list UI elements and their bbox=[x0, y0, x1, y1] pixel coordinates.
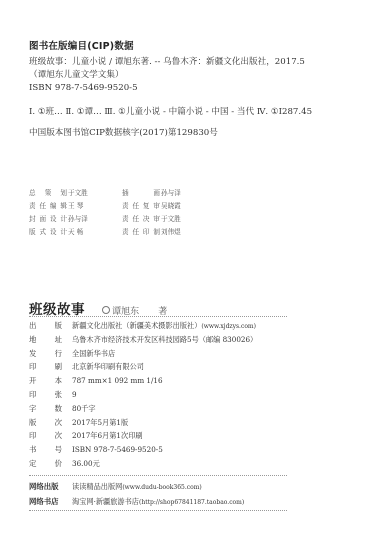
credit-role: 总策划 bbox=[29, 187, 67, 200]
credit-role: 封面设计 bbox=[29, 213, 67, 226]
cip-isbn: ISBN 978-7-5469-9520-5 bbox=[29, 82, 305, 95]
cip-line: 班级故事：儿童小说 / 谭旭东著. -- 乌鲁木齐：新疆文化出版社，2017.5 bbox=[29, 56, 305, 69]
cip-title: 图书在版编目(CIP)数据 bbox=[29, 38, 134, 52]
copyright-page: 图书在版编目(CIP)数据 班级故事：儿童小说 / 谭旭东著. -- 乌鲁木齐：… bbox=[0, 0, 375, 546]
info-value: 2017年6月第1次印刷 bbox=[72, 429, 143, 443]
cip-record-number: 中国版本图书馆CIP数据核字(2017)第129830号 bbox=[29, 126, 218, 138]
credit-name: 孙与泽 bbox=[68, 213, 88, 226]
info-label: 印刷 bbox=[29, 360, 62, 374]
credit-name: 王 琴 bbox=[68, 200, 83, 213]
info-value: 80千字 bbox=[72, 402, 96, 416]
online-url: (http://shop67841187.taobao.com) bbox=[139, 499, 244, 506]
online-label: 网络书店 bbox=[29, 494, 59, 509]
info-label: 开本 bbox=[29, 374, 62, 388]
dotted-divider bbox=[29, 510, 287, 511]
dotted-divider bbox=[29, 475, 287, 476]
info-value: 2017年5月第1版 bbox=[72, 416, 128, 430]
credit-name: 天 畅 bbox=[68, 226, 83, 239]
circle-bullet-icon bbox=[102, 306, 110, 314]
info-label: 书号 bbox=[29, 443, 62, 457]
credit-role: 版式设计 bbox=[29, 226, 67, 239]
info-value: 9 bbox=[72, 388, 77, 402]
credit-role: 责任编辑 bbox=[29, 200, 67, 213]
online-url: (www.dudu-book365.com) bbox=[122, 484, 201, 491]
info-label: 字数 bbox=[29, 402, 62, 416]
book-title-row: 班级故事 谭旭东 著 bbox=[29, 298, 167, 318]
info-label: 版次 bbox=[29, 416, 62, 430]
info-value: 36.00元 bbox=[72, 457, 100, 471]
credit-name: 刘伟煜 bbox=[161, 226, 181, 239]
info-label: 发行 bbox=[29, 347, 62, 361]
credit-name: 吴晓霞 bbox=[161, 200, 181, 213]
credit-name: 于文胜 bbox=[68, 187, 88, 200]
credit-name: 孙与泽 bbox=[161, 187, 181, 200]
cip-body: 班级故事：儿童小说 / 谭旭东著. -- 乌鲁木齐：新疆文化出版社，2017.5… bbox=[29, 56, 305, 95]
info-value: 787 mm×1 092 mm 1/16 bbox=[72, 374, 163, 388]
dotted-divider bbox=[29, 316, 287, 317]
online-value: 读读精品出版网(www.dudu-book365.com) bbox=[72, 479, 202, 495]
credit-role: 插画 bbox=[122, 187, 160, 200]
info-value: 北京新华印刷有限公司 bbox=[72, 360, 144, 374]
info-label: 印张 bbox=[29, 388, 62, 402]
info-label: 出版 bbox=[29, 319, 62, 333]
credit-role: 责任复审 bbox=[122, 200, 160, 213]
info-value: 全国新华书店 bbox=[72, 347, 115, 361]
info-value: ISBN 978-7-5469-9520-5 bbox=[72, 443, 163, 457]
info-value: 新疆文化出版社（新疆美术摄影出版社）(www.xjdzys.com) bbox=[72, 319, 256, 334]
credit-role: 责任决审 bbox=[122, 213, 160, 226]
info-label: 地址 bbox=[29, 333, 62, 347]
info-label: 印次 bbox=[29, 429, 62, 443]
cip-line: （谭旭东儿童文学文集） bbox=[29, 69, 305, 82]
info-label: 定价 bbox=[29, 457, 62, 471]
info-value: 乌鲁木齐市经济技术开发区科技园路5号（邮编 830026） bbox=[72, 333, 257, 347]
credit-name: 于文胜 bbox=[161, 213, 181, 226]
online-value: 淘宝网·新疆旅游书店(http://shop67841187.taobao.co… bbox=[72, 494, 244, 510]
publisher-url: (www.xjdzys.com) bbox=[201, 323, 256, 330]
credit-role: 责任印制 bbox=[122, 226, 160, 239]
online-label: 网络出版 bbox=[29, 479, 59, 494]
cip-classification: Ⅰ. ①班… Ⅱ. ①谭… Ⅲ. ①儿童小说 - 中篇小说 - 中国 - 当代 … bbox=[29, 105, 312, 117]
